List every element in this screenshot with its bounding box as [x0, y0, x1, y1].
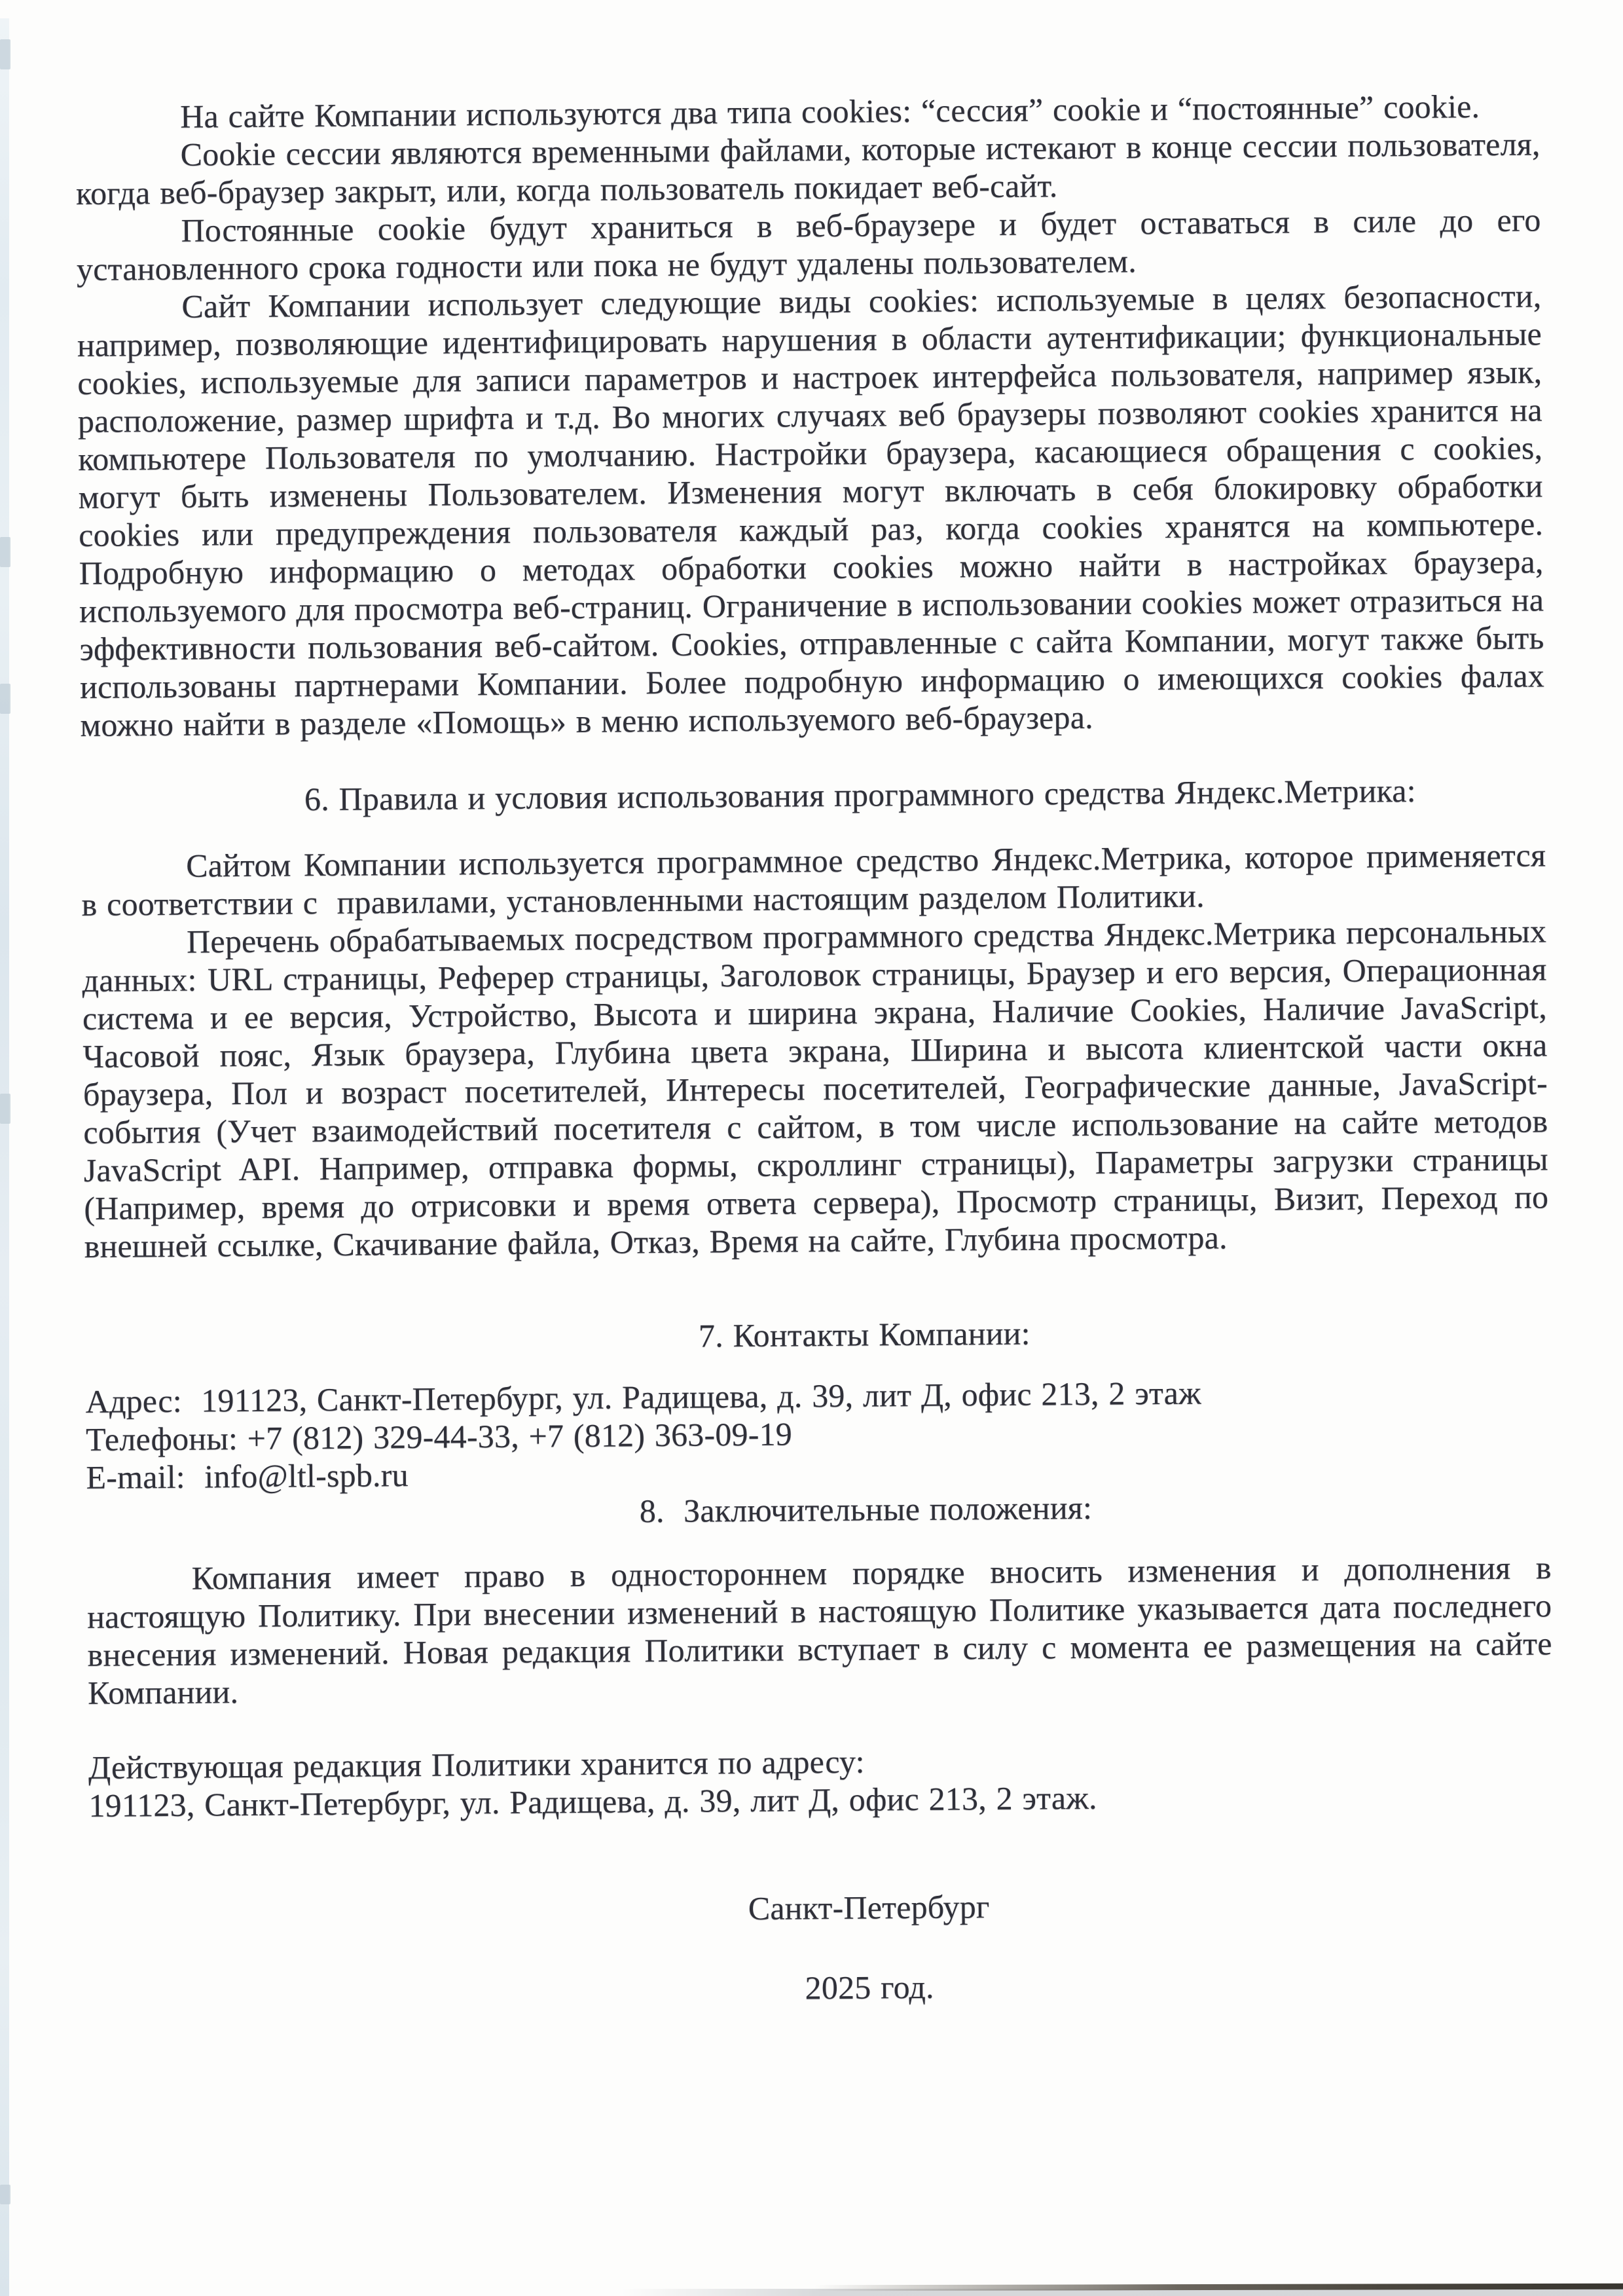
scan-artifact [0, 684, 10, 714]
scanner-edge-shadow [0, 18, 9, 2296]
paragraph-cookie-kinds: Сайт Компании использует следующие виды … [77, 276, 1544, 744]
paragraph-persistent-cookies: Постоянные cookie будут храниться в веб-… [76, 200, 1541, 288]
paragraph-yandex-metrika-usage: Сайтом Компании используется программное… [81, 836, 1546, 923]
paragraph-policy-changes: Компания имеет право в одностороннем пор… [87, 1548, 1553, 1712]
paragraph-session-cookies: Cookie сессии являются временными файлам… [75, 124, 1541, 212]
scanned-document-page: На сайте Компании используются два типа … [0, 0, 1623, 2296]
document-body: На сайте Компании используются два типа … [75, 86, 1555, 2012]
scan-artifact [0, 1094, 10, 1124]
year-line: 2025 год. [137, 1963, 1601, 2012]
scan-artifact [0, 2185, 10, 2204]
heading-section-6: 6. Правила и условия использования прогр… [128, 770, 1592, 820]
paragraph-yandex-metrika-data: Перечень обрабатываемых посредством прог… [82, 912, 1549, 1265]
city-line: Санкт-Петербург [137, 1883, 1601, 1933]
scan-artifact [0, 39, 10, 69]
scan-artifact [0, 537, 10, 567]
heading-section-7: 7. Контакты Компании: [132, 1310, 1597, 1360]
